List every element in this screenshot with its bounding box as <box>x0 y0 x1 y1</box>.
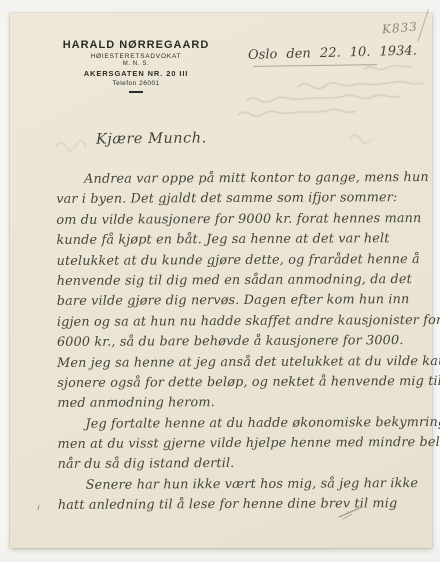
handwritten-line: Jeg fortalte henne at du hadde økonomisk… <box>57 413 413 435</box>
handwritten-line: når du så dig istand dertil. <box>58 454 414 476</box>
pencil-mark <box>336 502 370 522</box>
handwritten-line: utelukket at du kunde gjøre dette, og fr… <box>57 250 413 272</box>
ink-bleedthrough-top <box>168 53 430 123</box>
letter-body: Andrea var oppe på mitt kontor to gange,… <box>56 168 414 516</box>
handwritten-line: med anmodning herom. <box>57 392 413 414</box>
handwritten-line: Men jeg sa henne at jeg anså det utelukk… <box>57 352 413 374</box>
paper-corner-fold <box>418 9 429 42</box>
catalog-annotation: K833 <box>382 19 419 36</box>
handwritten-line: henvende sig til dig med en sådan anmodn… <box>57 270 413 292</box>
handwritten-line: Andrea var oppe på mitt kontor to gange,… <box>56 168 412 190</box>
handwritten-line: men at du visst gjerne vilde hjelpe henn… <box>57 433 413 455</box>
handwritten-line: 6000 kr., så du bare behøvde å kausjoner… <box>57 331 413 353</box>
salutation: Kjære Munch. <box>96 130 207 147</box>
letter-paper: K833 HARALD NØRREGAARD HØIESTERETSADVOKA… <box>10 13 432 548</box>
small-ink-mark <box>37 505 39 510</box>
handwritten-line: kunde få kjøpt en båt. Jeg sa henne at d… <box>56 229 412 251</box>
handwritten-line: bare vilde gjøre dig nervøs. Dagen efter… <box>57 290 413 312</box>
handwritten-line: var i byen. Det gjaldt det samme som ifj… <box>56 188 412 210</box>
letterhead-divider <box>129 91 143 93</box>
handwritten-line: Senere har hun ikke vært hos mig, så jeg… <box>58 474 414 496</box>
handwritten-line: igjen og sa at hun nu hadde skaffet andr… <box>57 311 413 333</box>
handwritten-line: sjonere også for dette beløp, og nektet … <box>57 372 413 394</box>
handwritten-line: om du vilde kausjonere for 9000 kr. fora… <box>56 209 412 231</box>
letterhead-name: HARALD NØRREGAARD <box>54 39 218 51</box>
